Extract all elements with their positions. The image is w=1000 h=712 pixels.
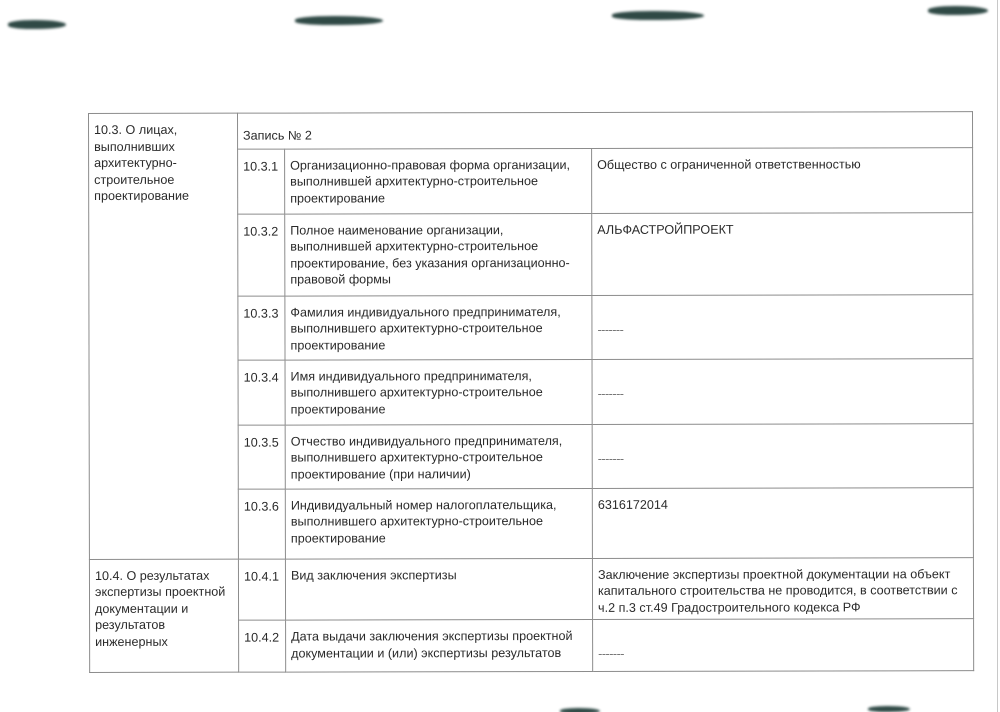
row-label: Отчество индивидуального предпринимателя… [285, 424, 592, 489]
row-label: Вид заключения экспертизы [285, 558, 592, 620]
scan-smudge [928, 6, 988, 15]
scan-smudge [868, 706, 910, 712]
row-value: ------- [592, 358, 973, 424]
scan-smudge [560, 708, 600, 712]
row-value: Заключение экспертизы проектной документ… [592, 557, 973, 620]
row-number: 10.3.1 [238, 149, 285, 214]
row-label: Имя индивидуального предпринимателя, вып… [285, 359, 592, 425]
row-label: Дата выдачи заключения экспертизы проект… [286, 620, 593, 673]
table-row: 10.4. О результатах экспертизы проектной… [89, 557, 973, 621]
row-value: ------- [593, 619, 974, 672]
row-number: 10.4.1 [238, 559, 285, 621]
row-label: Фамилия индивидуального предпринимателя,… [285, 295, 592, 360]
row-label: Организационно-правовая форма организаци… [285, 148, 592, 214]
row-number: 10.3.5 [238, 425, 285, 489]
row-number: 10.3.4 [238, 360, 285, 425]
row-number: 10.4.2 [239, 620, 286, 672]
record-label: Запись № 2 [238, 112, 973, 149]
document-table: 10.3. О лицах, выполнивших архитектурно-… [88, 111, 974, 673]
row-number: 10.3.3 [238, 296, 285, 360]
scan-smudge [8, 20, 66, 29]
row-value: Общество с ограниченной ответственностью [592, 147, 973, 213]
row-label: Индивидуальный номер налогоплательщика, … [285, 488, 592, 559]
scan-smudge [612, 11, 704, 20]
row-number: 10.3.2 [238, 214, 285, 296]
table-row: 10.3. О лицах, выполнивших архитектурно-… [89, 112, 973, 149]
scan-smudge [295, 16, 383, 25]
scan-edge [997, 0, 998, 712]
row-value: АЛЬФАСТРОЙПРОЕКТ [592, 212, 973, 295]
row-label: Полное наименование организации, выполни… [285, 213, 592, 296]
row-number: 10.3.6 [238, 489, 285, 559]
section-10-4-title: 10.4. О результатах экспертизы проектной… [89, 559, 238, 673]
row-value: ------- [592, 423, 973, 488]
row-value: ------- [592, 294, 973, 359]
row-value: 6316172014 [592, 487, 973, 558]
section-10-3-title: 10.3. О лицах, выполнивших архитектурно-… [89, 113, 239, 559]
